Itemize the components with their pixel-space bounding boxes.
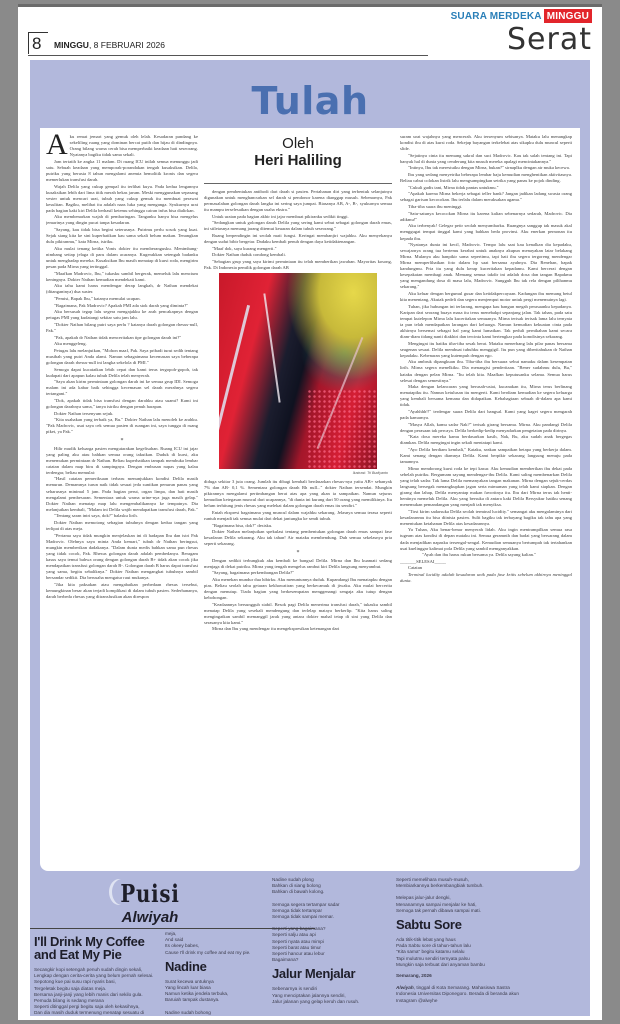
paragraph: Ruang berpendingin ini seolah mati fungs… [204,233,392,245]
paragraph: dengan pembentukan antibodi dari darah s… [204,189,392,213]
paragraph: Mirna dan Ibu yang mendengar itu mengeks… [204,626,392,632]
paragraph: "Sejatinya cinta itu memang sakral dan s… [400,153,572,165]
notes-text: Catatan [400,565,572,571]
paragraph: Aku bersusah tegap lalu segera mengajakk… [46,309,198,321]
poetry-section: Puisi Alwiyah I'll Drink My Coffee and E… [30,871,590,1016]
page-number: 8 [28,32,48,54]
paragraph: Maka dengan kelancaran yang berusah-usia… [400,384,572,408]
paragraph: Dokter Nathan tersenyum sejuk. [46,411,198,417]
paragraph: Dokter Nathan duduk condong kembali. [204,252,392,258]
paragraph: Aku terbenyak! Gelegar petir seolah meny… [400,223,572,241]
drop-cap: A [46,134,70,156]
header-rule [28,55,428,56]
author-name: Heri Haliling [204,152,392,169]
poem-title: Nadine [165,960,255,973]
paragraph: Jam tertatih ke angka 11 malam. Di ruang… [46,159,198,183]
paragraph: Aku ambruk dipangkuan ibu. Tiba-tiba ibu… [400,359,572,383]
notes-label: _______SELESAI_____ [400,559,572,565]
issue-day: MINGGU [54,40,89,50]
paragraph: Aku mulai tenang ketika Vonis dokter itu… [46,246,198,270]
paragraph: "Masya Allah, kamu sadar Nak?" terisak g… [400,422,572,434]
paragraph: "Saya akan kirim permintaan golongan dar… [46,379,198,397]
poetry-header: Puisi Alwiyah [40,881,260,926]
paragraph: Dengan sedikit terbungkuk aku kembali ke… [204,558,392,570]
article-column-1: Aku remat jemari yang gemuk oleh lelah. … [46,134,198,864]
poem-title: Jalur Menjalar [272,967,387,980]
poetry-section-title: Puisi [60,881,240,907]
top-border [18,4,602,7]
poem-place-date: Semarang, 2026 [396,973,526,979]
paragraph: Ibu yang sedang menyetrika beberapa lemb… [400,172,572,184]
paragraph: Tiba-tiba suara ibu meninggi. [400,204,572,210]
paragraph: Tuhan, jika hubungan ini terlarang, meng… [400,304,572,340]
byline: Oleh Heri Haliling [204,134,392,184]
section-divider: * [46,438,198,444]
paragraph: Untuk uraian pada bagian akhir ini jajar… [204,214,392,220]
brand-badge: MINGGU [544,9,592,23]
paragraph: suram urat wajahnya yang mencerah. Aku t… [400,134,572,152]
byline-prefix: Oleh [204,136,392,152]
poem-coffee: I'll Drink My Coffee and Eat My Pie Seca… [34,931,159,1017]
paragraph: "Jika kita paksakan atau mengabaikan per… [46,582,198,600]
illustration-caption: Ilustrasi: Tri Budiyanto [204,469,392,479]
poem-column-2: meja, And said Its okeey babes, Cause I'… [165,931,255,1016]
paragraph: Ya Tuhan, Aku benar-benar menyerah lidah… [400,527,572,551]
paragraph: "Dokter Nathan bilang putri saya perlu ?… [46,322,198,334]
paragraph: "Satu-satunya kecocokan Mirna itu karena… [400,211,572,223]
paragraph: "Bagaimana, Pak Madrovic? Apakah PMI ada… [46,303,198,309]
paragraph: "Ayahhhh!!" terdengar suara Delila dari … [400,409,572,421]
paragraph: Mimo mendorong kursi roda ke tepi kasur.… [400,466,572,508]
author-bio: Terminal lucidity adalah kesadaran unik … [400,572,572,584]
story-title: Tulah [251,79,368,123]
poet-name: Alwiyah [40,909,260,926]
paragraph: "Bagaimana bisa, dok?" desisku. [204,523,392,529]
paragraph: diduga sekitar 3 juta orang. Jumlah itu … [204,479,392,509]
section-divider: * [204,550,392,556]
paragraph: Hilir mudik keluarga pasien mengutarakan… [46,446,198,476]
paragraph: "Tirst kirim sadarsuka Delila seolah ter… [400,509,572,527]
paragraph: "Pemisi, Bapak Ibu," katanya memulai uca… [46,296,198,302]
brand-name: SUARA MERDEKA [451,11,542,22]
paragraph: "Cukuli gadis tani, Mirna tidak pantas u… [400,185,572,191]
paragraph: Wajah Delila yang cukup gempal itu terli… [46,184,198,214]
paragraph: Entah ekspresi bagaimana yang muncul dal… [204,510,392,522]
paragraph: "Maafkan Madrovic, Ibu," tukasku sambil … [46,271,198,283]
poem-column-4: Seperti memelihara musuh-musuh, Membiark… [396,877,526,1004]
paragraph: "Pertama saya tidak mungkin menjelaskan … [46,533,198,581]
poet-bio: Alwiyah, tinggal di Kota Semarang. Mahas… [396,985,526,1004]
paragraph: "Kata dosa mereka kamu berdasarkan kasih… [400,434,572,446]
paragraph: Petugas lalu melanjutkan, "Mohon maaf, P… [46,348,198,366]
paragraph: Dokter Nathan melanjutkan spekulasi tent… [204,529,392,547]
newspaper-page: 8 MINGGU, 8 FEBRUARI 2026 SUARA MERDEKA … [18,4,602,1020]
section-name: Serat [507,24,592,56]
article-panel: Aku remat jemari yang gemuk oleh lelah. … [40,128,580,871]
paragraph: "Sedangkan untuk golongan darah Delila y… [204,220,392,232]
story-illustration [219,273,377,469]
paragraph: Aku menggeleng. [46,341,198,347]
paragraph: "Tentang saran intri saya, dok?" balasku… [46,513,198,519]
paragraph: "Sayang, kau tidak bisa begini seterusny… [46,227,198,245]
article-column-2: Oleh Heri Haliling dengan pembentukan an… [204,134,392,864]
paragraph: "Maaf dok, saya kurang mengerti." [204,246,392,252]
feature-background: Tulah Aku remat jemari yang gemuk oleh l… [30,60,590,1016]
paragraph: Aku keluar dengan bergumul gusar dan ket… [400,291,572,303]
story-end-marker: "Ayah dan ibu harus rukun bersama ya. De… [400,552,572,558]
paragraph: Semoga dapat kucatatkan lebih cepat dan … [46,367,198,379]
paragraph: "Pak, apakah dr Nathan tidak menceritaka… [46,335,198,341]
poem-title: I'll Drink My Coffee and Eat My Pie [34,935,159,961]
title-band: Tulah [30,74,590,128]
paragraph: Aku menekan mundur dua hibirku. Aku menu… [204,577,392,601]
issue-date-text: , 8 FEBRUARI 2026 [89,40,165,50]
poem-title: Sabtu Sore [396,918,526,931]
paragraph: Mengingat itu hatiku tiba-tiba sesak ber… [400,341,572,359]
article-column-3: suram urat wajahnya yang mencerah. Aku t… [400,134,572,864]
poem-column-3: Nadine sudah plong Bahkan di siang bolon… [272,877,387,1005]
paragraph: "Kita usahakan yang terbaik ya, Bu." Dok… [46,417,198,435]
paragraph: Aku tahu kami harus mendengar derap lang… [46,283,198,295]
paragraph: "Keadaannya bersungguh stabil. Besok pag… [204,602,392,626]
masthead-brand: SUARA MERDEKA MINGGU [451,9,592,23]
issue-date: MINGGU, 8 FEBRUARI 2026 [54,40,165,50]
paragraph: "Intinya, Ibu tak merestuiku dengan Mirn… [400,165,572,171]
paragraph: "Sebagian grup yang saya kirimi perminta… [204,259,392,271]
paragraph: "Nyatanya dunia ini kecil, Madrovic. Tem… [400,242,572,290]
paragraph: Dokter Nathan memotong sebagian tubuhnya… [46,520,198,532]
paragraph: "Ayo Delila berdiam kembali," Kataku, se… [400,447,572,465]
paragraph: "Hasil catatan pemeriksaan terbaru menun… [46,476,198,512]
paragraph: "Dok, apakah tidak bisa transfusi dengan… [46,398,198,410]
paragraph: Aku membenarkan wajah di pembaringan. Ta… [46,214,198,226]
lead-paragraph: Aku remat jemari yang gemuk oleh lelah. … [46,134,198,158]
paragraph: "Apakah karena Mirna bekerja sebagai tel… [400,191,572,203]
paragraph: "Sayang, bagaimana perkembangan Delila?" [204,570,392,576]
